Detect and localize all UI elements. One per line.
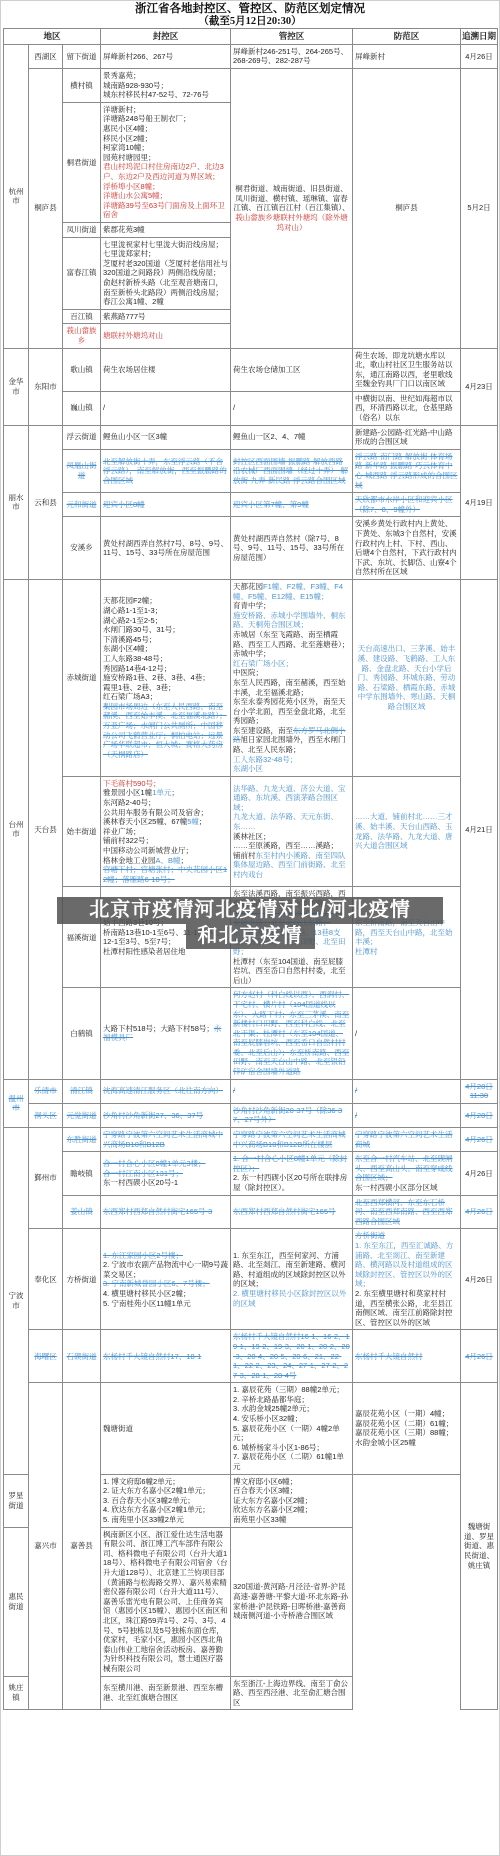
table-cell: 4月26日 [461, 44, 498, 68]
page-subtitle: （截至5月12日20:30） [0, 16, 500, 28]
table-cell: 1. 东至东江，西至何家河、方浦路、北至剡江、南至新建路、横河路、村道组成的区域… [231, 1229, 353, 1330]
cell-text: 天都花园F2幢； 湖心路1-1至1-3； 湖心路2-1至2-5； 水闸门路30号… [103, 596, 210, 701]
cell-text: 始丰街道 [67, 827, 97, 836]
table-cell: 法华路、九龙大道、济公大道、宝通路、东坑溪、西演茅路合围区域； 九龙大道、法华路… [231, 776, 353, 887]
table-cell: 西湖区 [29, 44, 63, 68]
table-row: 白鹤镇大路下村518号；大路下村58号；永福模具厂何方赵村（科白线以西）、西涧村… [4, 988, 498, 1079]
table-cell: 白鹤镇 [63, 988, 101, 1079]
cell-text: 清江镇 [70, 1086, 93, 1095]
table-cell: 4月26日 [461, 1128, 498, 1152]
table-cell: 天欣都市水岸小区和迎宾小区（除7、8、9幢外） [353, 493, 461, 517]
cell-text: 桐庐县 [34, 203, 57, 212]
cell-text: 2. 宁波市农副产品物流中心一期9号蔬菜交易区； [103, 1260, 228, 1279]
table-cell: 下毛蒋村590号； 雅景园小区1幢1单元； 东河路2-40号； 公共用车服务有限… [101, 776, 231, 887]
cell-text: 东一村西碶小区部分区域 [355, 1183, 438, 1192]
table-cell: 横村镇 [63, 69, 101, 103]
table-cell: 4月28日 [461, 1103, 498, 1127]
cell-text: 鲤鱼山小区一区3幢 [103, 432, 167, 441]
table-cell: 海曙区 [29, 1330, 63, 1383]
table-cell: 魏塘街道 [101, 1383, 231, 1474]
cell-text: 横村镇 [70, 81, 93, 90]
cell-text: 东至横川港、南至新景港、西至东槽港、北至红旗塘合围区 [103, 1683, 223, 1702]
cell-text: 官塘下村；官塘张村；中央花园小区12幢；落雁路6-18号； [103, 865, 227, 884]
table-cell: 枫南新区小区、浙江爱仕达生活电器有限公司、浙江博工汽车部件有限公司、格科微电子有… [101, 1527, 231, 1676]
cell-text: 梨园市场周边（东至人民西路、南至赭溪、西至始丰溪、北至福溪北路）；万亚广场；水闸… [103, 702, 227, 759]
table-cell: 凤川街道 [63, 222, 101, 237]
cell-text: 东一村西碶小区20号-1 [103, 1178, 178, 1187]
cell-text: 沙角村沙角新街27、36、37号 [103, 1111, 203, 1120]
cell-text: 黄处村湖西弄自然村（除7号、8号、9号、11号、15号、33号所在房屋范围） [233, 534, 344, 562]
table-cell: 东杨村千大镜自然村 [353, 1330, 461, 1383]
cell-text: 天都花园 [233, 582, 263, 591]
table-cell: 迎宾小区8幢 [101, 493, 231, 517]
cell-text: 下毛蒋村590号； [103, 779, 161, 788]
cell-text: 何方赵村（科白线以西）、西涧村、下宅村、横片村（104国道线以东）、大路下村；东… [233, 990, 349, 1076]
table-cell: 百江镇 [63, 309, 101, 324]
table-cell: 桐君街道、城南街道、旧县街道、凤川街道、横村镇、瑶琳镇、富春江镇、百江镇百江村（… [231, 69, 353, 348]
table-cell: 金华市 [4, 348, 29, 425]
cell-text: 浮云街道 [67, 432, 97, 441]
table-cell: 320国道-黄河路-月泾泾-省界-沪昆高速-嘉善塘-平黎大道-环北东路-孙家桥港… [231, 1527, 353, 1676]
cell-text: 育青中学； [233, 601, 271, 610]
cell-text: 屏峰新村 [355, 52, 385, 61]
table-row: 元和街道迎宾小区8幢迎宾小区第7幢、第9幢天欣都市水岸小区和迎宾小区（除7、8、… [4, 493, 498, 517]
cell-text: 安溪乡 [70, 543, 93, 552]
cell-text: 4月26日 [465, 1207, 493, 1216]
cell-text: 迎宾小区第7幢、第9幢 [233, 500, 309, 509]
cell-text: 天台高速出口、三茅溪、始丰溪、建设路、飞鹤路、工人东路、金盘北路、天台小学后门、… [358, 644, 456, 711]
cell-text: / [233, 403, 235, 412]
table-cell: 浮云路-南门路-解放街-体育场路-新华路-振鹏路-巧云体育中心-城西路-浮云路形… [353, 449, 461, 492]
cell-text: 4月26日 [465, 1352, 493, 1361]
table-cell: 罗星街道 [4, 1474, 29, 1527]
table-row: 丽水市云和县浮云街道鲤鱼山小区一区3幢鲤鱼山一区2、4、7幢新建路-公园路-红光… [4, 425, 498, 449]
table-cell: 沙角村沙角新街27、36、37号 [101, 1103, 231, 1127]
cell-text: 施安桥路、赤城小学围墙外、桐东路、天桐苑合围区域； [233, 611, 346, 630]
column-header: 地区 [4, 29, 101, 45]
cell-text: 石碶街道 [67, 1352, 97, 1361]
table-cell: 七里泷祝家村七里泷大街沿线房屋； 七里泷郑家村； 芝厦村老320国道（芝厦村老信… [101, 237, 231, 309]
table-cell: 何方赵村（科白线以西）、西涧村、下宅村、横片村（104国道线以东）、大路下村；东… [231, 988, 353, 1079]
cell-text: 鲤鱼山一区2、4、7幢 [233, 432, 306, 441]
table-cell: 东阳市 [29, 348, 63, 425]
table-cell: ……大道、铺前村北……三才溪、始丰溪、天台山西路、玉龙路、法华路、九龙大道、唐兴… [353, 776, 461, 887]
table-cell: 中横街以南、世纪如海超市以西，环清西路以北，仓基里路（俗名）以东 [353, 391, 461, 425]
cell-text: 4月26日 [465, 1169, 493, 1178]
table-cell: 天都花园F2幢； 湖心路1-1至1-3； 湖心路2-1至2-5； 水闸门路30号… [101, 579, 231, 776]
cell-text: 西湖区 [34, 52, 57, 61]
table-cell: 杭州市 [4, 44, 29, 348]
table-cell: 姜山镇 [63, 1195, 101, 1229]
page-title: 浙江省各地封控区、管控区、防范区划定情况 [0, 3, 500, 16]
cell-text: 凤川街道 [67, 225, 97, 234]
table-cell: 天台高速出口、三茅溪、始丰溪、建设路、飞鹤路、工人东路、金盘北路、天台小学后门、… [353, 579, 461, 776]
cell-text: / [103, 403, 105, 412]
cell-text: / [355, 1086, 357, 1095]
table-cell: 巍山镇 [63, 391, 101, 425]
cell-text: 罗星街道 [9, 1491, 24, 1510]
cell-text: 魏塘街道、罗星街道、惠民街道、姚庄镇 [464, 1522, 494, 1569]
cell-text: 4月28日 11:30 [465, 1082, 493, 1101]
table-cell: 洋塘新村； 洋塘路248号船王制衣厂； 惠民小区4幢； 移民小区2幢； 柯家湾1… [101, 102, 231, 222]
cell-text: 黄处村湖西弄自然村7号、8号、9号、11号、15号、33号所在房屋范围 [103, 539, 228, 558]
table-row: 始丰街道下毛蒋村590号； 雅景园小区1幢1单元； 东河路2-40号； 公共用车… [4, 776, 498, 887]
column-header: 封控区 [101, 29, 231, 45]
table-cell: 景秀嘉苑； 城南路928-930号； 城东村移民村47-52号、72-76号 [101, 69, 231, 103]
cell-text: / [233, 1086, 235, 1095]
overlay-banner: 北京市疫情河北疫情对比/河北疫情 和北京疫情 [0, 897, 500, 949]
cell-text: 洞头区 [34, 1111, 57, 1120]
cell-text: 云和县 [34, 498, 57, 507]
cell-text: 荷生农场仓储加工区 [233, 365, 301, 374]
table-cell: 始丰街道 [63, 776, 101, 887]
table-cell: 东西郑村西郑自然村街宅165号-3 [101, 1195, 231, 1229]
cell-text: 天台县 [34, 825, 57, 834]
cell-text: 鄞州市 [34, 1173, 57, 1182]
cell-text: 嘉辰花苑小区（一期）4幢； 嘉辰花苑小区（二期）61幢； 嘉辰花苑小区（三期）8… [355, 1409, 453, 1447]
cell-text: 宁穿路宁波第六空间艺术生活商城中兴商场B10和B12B [103, 1130, 223, 1149]
cell-text: 东阳市 [34, 382, 57, 391]
cell-text: 1. 东江家园小区2号楼； [103, 1251, 183, 1260]
table-cell: 4月26日 [461, 1330, 498, 1383]
cell-text: ； [181, 856, 189, 865]
table-cell: 封控区西面围墙-振鹏路-解放西路沿农械厂西面围墙（经过十弄）-解放街-九弄-新民… [231, 449, 353, 492]
cell-text: 巍山镇 [70, 403, 93, 412]
cell-text: 杭州市 [9, 187, 24, 206]
cell-text: 君山村坞泥口村住房南边2户、北边3户、东边2户及西边河道为界区域； 浮桥埠小区8… [103, 162, 225, 219]
cell-text: 姚庄镇 [9, 1683, 24, 1702]
table-cell: 凤凰山街道 [63, 449, 101, 492]
cell-text: 丽水市 [9, 493, 24, 512]
table-cell: 歌山镇 [63, 348, 101, 391]
column-header: 防范区 [353, 29, 461, 45]
table-cell: 紫郡花苑3幢 [101, 222, 231, 237]
cell-text: 工人东路32-48号； 东湖小区 [233, 755, 297, 774]
table-cell: 东西郑村西郑自然村街宅165号 [231, 1195, 353, 1229]
table-cell: 姚庄镇 [4, 1676, 29, 1710]
cell-text: 凤凰山街道 [67, 461, 97, 480]
cell-text: 5幢 [187, 817, 199, 826]
table-row: 姜山镇东西郑村西郑自然村街宅165号-3东西郑村西郑自然村街宅165号北至西郑横… [4, 1195, 498, 1229]
table-cell: 新建路-公园路-红光路-中山路形成的合围区域 [353, 425, 461, 449]
table-cell: 东至浙江-上海边界线、南至丁俞公路、西至西泾港、北至俞汇塘合围区 [231, 1676, 353, 1710]
page-title-block: 浙江省各地封控区、管控区、防范区划定情况 （截至5月12日20:30） [0, 3, 500, 28]
table-cell: 富春江镇 [63, 237, 101, 309]
table-cell: / [231, 1079, 353, 1103]
table-cell: 荷生农场居住楼 [101, 348, 231, 391]
table-cell: 清江镇 [63, 1079, 101, 1103]
table-cell: / [231, 391, 353, 425]
cell-text: 红石梁广场小区； [233, 659, 293, 668]
cell-text: 新建路-公园路-红光路-中山路形成的合围区域 [355, 428, 453, 447]
table-row: 凤凰山街道北至解放街十弄，东至浮云路（不含浮云路），南至解放街，西至振鹏路的合围… [4, 449, 498, 492]
cell-text: 魏塘街道 [103, 1424, 133, 1433]
table-cell: 元和街道 [63, 493, 101, 517]
table-cell: 黄处村湖西弄自然村7号、8号、9号、11号、15号、33号所在房屋范围 [101, 517, 231, 580]
cell-text: 1. 博文府邸6幢2单元； 2. 证大东方名嘉小区2幢1单元； 3. 百合春天小… [103, 1477, 210, 1524]
table-cell: 东至横川港、南至新景港、西至东槽港、北至红旗塘合围区 [101, 1676, 231, 1710]
table-cell: 安溪乡 [63, 517, 101, 580]
table-cell: 奉化区 [29, 1229, 63, 1330]
cell-text: 景秀嘉苑； 城南路928-930号； 城东村移民村47-52号、72-76号 [103, 71, 209, 99]
cell-text: 1. 嘉辰花苑（三期）88幢2单元； 2. 辛桥北路晶都华庭； 3. 水韵金城2… [233, 1385, 344, 1471]
table-cell: 方桥街道 [63, 1229, 101, 1330]
cell-text: 1单元 [152, 788, 171, 797]
table-cell: 沈海高速清江服务区（北往南方向） [101, 1079, 231, 1103]
cell-text: 4月23日 [465, 382, 493, 391]
table-cell: 莪山畲族乡 [63, 324, 101, 348]
cell-text: 台州市 [9, 820, 24, 839]
cell-text: 4月26日 [465, 1135, 493, 1144]
table-cell: 安溪乡黄处行政村内上黄处、下黄处、东城3个自然村，安溪行政村内上村、下村、西山、… [353, 517, 461, 580]
table-row: 海曙区石碶街道东杨村千大镜自然村17、18-1东杨村千大镜自然村16-1、16-… [4, 1330, 498, 1383]
table-cell: 台州市 [4, 579, 29, 1079]
table-cell: 鲤鱼山小区一区3幢 [101, 425, 231, 449]
table-cell: 宁穿路宁波第六空间艺术生活商城 [353, 1128, 461, 1152]
cell-text: 3. 宁南新城誉园小区6、7号楼； [103, 1279, 210, 1288]
table-cell: 丽水市 [4, 425, 29, 579]
overlay-line-1: 北京市疫情河北疫情对比/河北疫情 [57, 897, 443, 924]
table-cell: 嘉兴市 [29, 1383, 63, 1710]
cell-text: 1. 合一村合心小区8幢1单元（除封控区）； [233, 1154, 347, 1173]
cell-text: 东杨村千大镜自然村16-1、16-2、19-1、19-2、19-3、20-1、2… [233, 1332, 350, 1379]
table-cell: 宁波市 [4, 1128, 29, 1475]
cell-text: A、B幢 [156, 856, 181, 865]
cell-text: 乐清市 [34, 1086, 57, 1095]
table-cell: 云和县 [29, 425, 63, 579]
cell-text: 封控区西面围墙-振鹏路-解放西路沿农械厂西面围墙（经过十弄）-解放街-九弄-新民… [233, 457, 348, 485]
table-cell: 瞻岐镇 [63, 1152, 101, 1195]
table-header-row: 地区封控区管控区防范区追溯日期 [4, 29, 498, 45]
table-row: 桐庐县横村镇景秀嘉苑； 城南路928-930号； 城东村移民村47-52号、72… [4, 69, 498, 103]
table-cell: 鲤鱼山一区2、4、7幢 [231, 425, 353, 449]
cell-text: 屏峰新村246-251号、264-265号、268-269号、282-287号 [233, 47, 348, 66]
table-cell: 桐庐县 [353, 69, 461, 348]
cell-text: 大路下村518号；大路下村58号； [103, 1024, 214, 1033]
cell-text: 嘉兴市 [34, 1541, 57, 1550]
cell-text: 温州市 [9, 1094, 24, 1113]
cell-text: 白鹤镇 [70, 1029, 93, 1038]
cell-text: 雅景园小区1幢 [103, 788, 152, 797]
cell-text: 1. 东至东江，西至汇诚路、方浦路、北至剡江、南至新建路、横河路以及村道组成的区… [355, 1241, 453, 1288]
table-cell: 温州市 [4, 1079, 29, 1127]
column-header: 管控区 [231, 29, 353, 45]
table-cell: 紫燕路777号 [101, 309, 231, 324]
table-cell: 4月26日 [461, 1195, 498, 1229]
table-cell: 黄处村湖西弄自然村（除7号、8号、9号、11号、15号、33号所在房屋范围） [231, 517, 353, 580]
cell-text: 赤城居（东至飞霞路、南至栖霞路、西至工人西路、北至莲塘巷）； 赤城中学； [233, 630, 349, 658]
table-cell: 桐君街道 [63, 102, 101, 222]
cell-text: 320国道-黄河路-月泾泾-省界-沪昆高速-嘉善塘-平黎大道-环北东路-孙家桥港… [233, 1582, 348, 1620]
table-row: 奉化区方桥街道1. 东江家园小区2号楼； 2. 宁波市农副产品物流中心一期9号蔬… [4, 1229, 498, 1330]
cell-text: 姜山镇 [70, 1207, 93, 1216]
cell-text: 4月19日 [465, 498, 493, 507]
cell-text: 富春江镇 [67, 268, 97, 277]
table-container: 地区封控区管控区防范区追溯日期杭州市西湖区留下街道屏峰新村266、267号屏峰新… [3, 28, 497, 1710]
table-cell: 4月21日 [461, 579, 498, 1079]
table-cell: 大路下村518号；大路下村58号；永福模具厂 [101, 988, 231, 1079]
cell-text: 瞻岐镇 [70, 1169, 93, 1178]
cell-text: 紫燕路777号 [103, 312, 146, 321]
table-cell: 1. 嘉辰花苑（三期）88幢2单元； 2. 辛桥北路晶都华庭； 3. 水韵金城2… [231, 1383, 353, 1474]
cell-text: 洋塘新村； 洋塘路248号船王制衣厂； 惠民小区4幢； 移民小区2幢； 柯家湾1… [103, 105, 191, 162]
cell-text: 金华市 [9, 377, 24, 396]
cell-text: 七里泷祝家村七里泷大街沿线房屋； 七里泷郑家村； 芝厦村老320国道（芝厦村老信… [103, 240, 228, 307]
lockdown-table: 地区封控区管控区防范区追溯日期杭州市西湖区留下街道屏峰新村266、267号屏峰新… [3, 28, 498, 1710]
cell-text: 东西郑村西郑自然村街宅165号-3 [103, 1207, 212, 1216]
table-cell: 宁穿路宁波第六空间艺术生活商城中兴商场B10和B12B [101, 1128, 231, 1152]
cell-text: / [355, 1029, 357, 1038]
cell-text: 安溪乡黄处行政村内上黄处、下黄处、东城3个自然村，安溪行政村内上村、下村、西山、… [355, 519, 457, 576]
cell-text: 桐庐县 [395, 203, 418, 212]
cell-text: 天欣都市水岸小区和迎宾小区（除7、8、9幢外） [355, 495, 453, 514]
cell-text: 东胜街道 [67, 1135, 97, 1144]
table-cell: 东胜街道 [63, 1128, 101, 1152]
cell-text: 莪山畲族乡 [67, 326, 97, 345]
table-cell: 嘉善县 [63, 1383, 101, 1710]
table-cell: 桐庐县 [29, 69, 63, 348]
cell-text: 元和街道 [67, 500, 97, 509]
table-cell: 乐清市 [29, 1079, 63, 1103]
table-cell: 宁穿路宁波第六空间艺术生活商城中兴商场B10和B12B所在楼层 [231, 1128, 353, 1152]
cell-text: 4月26日 [465, 52, 493, 61]
table-cell: 4月19日 [461, 425, 498, 579]
cell-text: 浮云路-南门路-解放街-体育场路-新华路-振鹏路-巧云体育中心-城西路-浮云路形… [355, 452, 458, 490]
table-cell: / [353, 1103, 461, 1127]
cell-text: 屏峰新村266、267号 [103, 52, 173, 61]
table-cell: 屏峰新村 [353, 44, 461, 68]
cell-text: 东至合一村汽车站、北至碶闸头、西至高山头、南至穿咸线合围区域； [355, 1154, 453, 1182]
cell-text: 北至解放街十弄，东至浮云路（不含浮云路），南至解放街，西至振鹏路的合围区域 [103, 457, 227, 485]
table-row: 安溪乡黄处村湖西弄自然村7号、8号、9号、11号、15号、33号所在房屋范围黄处… [4, 517, 498, 580]
table-cell: 魏塘街道、罗星街道、惠民街道、姚庄镇 [461, 1383, 498, 1710]
table-cell: 留下街道 [63, 44, 101, 68]
cell-text: 赤城街道 [67, 673, 97, 682]
table-cell: 4月23日 [461, 348, 498, 425]
cell-text: 惠民街道 [9, 1592, 24, 1611]
table-cell: 荷生农场仓储加工区 [231, 348, 353, 391]
table-cell: 元觉街道 [63, 1103, 101, 1127]
table-cell: 石碶街道 [63, 1330, 101, 1383]
cell-text: 北至西郑横河、东至东石桥河、南至西郑南路、西至西郑西路合围区域 [355, 1198, 453, 1226]
cell-text: 歌山镇 [70, 365, 93, 374]
table-cell: 荷生农场、即龙坑塘水库以北，歌山村社区卫生服务站以东，通江南路以西，老里歌线至魏… [353, 348, 461, 391]
cell-text: 海曙区 [34, 1352, 57, 1361]
table-cell: 迎宾小区第7幢、第9幢 [231, 493, 353, 517]
cell-text: 沈海高速清江服务区（北往南方向） [103, 1086, 223, 1095]
cell-text: 1. 东至东江，西至何家河、方浦路、北至剡江、南至新建路、横河路、村道组成的区域… [233, 1251, 346, 1289]
cell-text: 5月2日 [467, 203, 490, 212]
cell-text: 中横街以南、世纪如海超市以西，环清西路以北，仓基里路（俗名）以东 [355, 394, 453, 422]
cell-text: 4月28日 [465, 1111, 493, 1120]
table-cell: 5月2日 [461, 69, 498, 348]
table-cell: 北至解放街十弄，东至浮云路（不含浮云路），南至解放街，西至振鹏路的合围区域 [101, 449, 231, 492]
table-cell: 屏峰新村266、267号 [101, 44, 231, 68]
table-cell: 4月28日 11:30 [461, 1079, 498, 1103]
cell-text: 合一村合心小区8幢1单元3楼； 合一村江南小区131号； [103, 1159, 206, 1178]
table-cell: 沙角村沙角新街20-37号（除36-37、27号外） [231, 1103, 353, 1127]
cell-text: 留下街道 [67, 52, 97, 61]
cell-text: ……大道、铺前村北……三才溪、始丰溪、天台山西路、玉龙路、法华路、九龙大道、唐兴… [355, 812, 453, 850]
table-cell: 塘联村外塘坞对山 [101, 324, 231, 348]
column-header: 追溯日期 [461, 29, 498, 45]
table-cell: / [353, 1079, 461, 1103]
cell-text: / [355, 1111, 357, 1120]
table-cell: 东杨村千大镜自然村16-1、16-2、19-1、19-2、19-3、20-1、2… [231, 1330, 353, 1383]
cell-text: 2. 东一村西碶小区20号所在联排房屋（除封控区）。 [233, 1173, 347, 1192]
cell-text: 嘉善县 [70, 1541, 93, 1550]
table-cell: 北至西郑横河、东至东石桥河、南至西郑南路、西至西郑西路合围区域 [353, 1195, 461, 1229]
cell-text: 博文府邸小区6幢； 百合春天小区3幢； 证大东方名嘉小区2幢； 欣达东方名嘉小区… [233, 1477, 312, 1524]
table-cell: 1. 博文府邸6幢2单元； 2. 证大东方名嘉小区2幢1单元； 3. 百合春天小… [101, 1474, 231, 1527]
cell-text: 元觉街道 [67, 1111, 97, 1120]
cell-text: 4. 横里塘村移民小区2幢； 5. 宁南桂苑小区11幢1单元 [103, 1289, 191, 1308]
cell-text: 4月21日 [465, 825, 493, 834]
cell-text: 宁波市 [9, 1291, 24, 1310]
cell-text: 荷生农场居住楼 [103, 365, 156, 374]
cell-text: 桐君街道 [67, 158, 97, 167]
table-cell: 洞头区 [29, 1103, 63, 1127]
cell-text: 4月26日 [465, 1275, 493, 1284]
table-row: 嘉兴市嘉善县魏塘街道1. 嘉辰花苑（三期）88幢2单元； 2. 辛桥北路晶都华庭… [4, 1383, 498, 1474]
cell-text: 桐君街道、城南街道、旧县街道、凤川街道、横村镇、瑶琳镇、富春江镇、百江镇百江村（… [233, 184, 349, 212]
table-row: 巍山镇//中横街以南、世纪如海超市以西，环清西路以北，仓基里路（俗名）以东 [4, 391, 498, 425]
cell-text: 东至浙江-上海边界线、南至丁俞公路、西至西泾港、北至俞汇塘合围区 [233, 1679, 348, 1707]
table-cell: 天都花园F1幢、F2幢、F3幢、F4幢、F5幢、E12幢、E15幢； 育青中学；… [231, 579, 353, 776]
table-row: 温州市乐清市清江镇沈海高速清江服务区（北往南方向）//4月28日 11:30 [4, 1079, 498, 1103]
table-cell: 惠民街道 [4, 1527, 29, 1676]
cell-text: 莪山畲族乡塘联村外塘坞（除外塘坞对山） [235, 213, 348, 232]
table-cell: 东至合一村汽车站、北至碶闸头、西至高山头、南至穿咸线合围区域； 东一村西碶小区部… [353, 1152, 461, 1195]
table-cell: 1. 合一村合心小区8幢1单元（除封控区）； 2. 东一村西碶小区20号所在联排… [231, 1152, 353, 1195]
table-row: 金华市东阳市歌山镇荷生农场居住楼荷生农场仓储加工区荷生农场、即龙坑塘水库以北，歌… [4, 348, 498, 391]
cell-text: 宁穿路宁波第六空间艺术生活商城 [355, 1130, 453, 1149]
table-row: 杭州市西湖区留下街道屏峰新村266、267号屏峰新村246-251号、264-2… [4, 44, 498, 68]
cell-text: 方桥街道 [355, 1231, 385, 1240]
table-row: 洞头区元觉街道沙角村沙角新街27、36、37号沙角村沙角新街20-37号（除36… [4, 1103, 498, 1127]
table-cell: 天台县 [29, 579, 63, 1079]
cell-text: 枫南新区小区、浙江爱仕达生活电器有限公司、浙江博工汽车部件有限公司、格科微电子有… [103, 1530, 228, 1673]
cell-text: 百江镇 [70, 312, 93, 321]
cell-text: 荷生农场、即龙坑塘水库以北，歌山村社区卫生服务站以东，通江南路以西，老里歌线至魏… [355, 351, 453, 389]
cell-text: 迎宾小区8幢 [103, 500, 145, 509]
cell-text: 塘联村外塘坞对山 [103, 331, 163, 340]
cell-text: 杜潭村（东至104国道、南至屁膝岩坑、西至岙口自然村村委，北至后山） [233, 957, 346, 985]
table-cell: 方桥街道 1. 东至东江，西至汇诚路、方浦路、北至剡江、南至新建路、横河路以及村… [353, 1229, 461, 1330]
cell-text: 旭日家园北围墙外，西至水闸门路、北至人民东路； [233, 735, 346, 754]
cell-text: 2. 东至横里塘村和莫家村村道，西至横张公路，北至县江南侧区域、南至江前路除封控… [355, 1289, 453, 1327]
table-cell: 1. 东江家园小区2号楼； 2. 宁波市农副产品物流中心一期9号蔬菜交易区； 3… [101, 1229, 231, 1330]
cell-text: 方桥街道 [67, 1275, 97, 1284]
table-cell: 屏峰新村246-251号、264-265号、268-269号、282-287号 [231, 44, 353, 68]
table-cell: 4月26日 [461, 1152, 498, 1195]
table-cell: 浮云街道 [63, 425, 101, 449]
cell-text: 奉化区 [34, 1275, 57, 1284]
table-cell: 鄞州市 [29, 1128, 63, 1229]
cell-text: 紫郡花苑3幢 [103, 225, 145, 234]
cell-text: 沙角村沙角新街20-37号（除36-37、27号外） [233, 1106, 342, 1125]
table-row: 瞻岐镇合一村合心小区8幢1单元3楼； 合一村江南小区131号； 东一村西碶小区2… [4, 1152, 498, 1195]
cell-text: 东杨村千大镜自然村 [355, 1352, 423, 1361]
cell-text: 2. 横里塘村移民小区除封控区以外的区域 [233, 1289, 346, 1308]
table-cell: / [353, 988, 461, 1079]
table-cell: 合一村合心小区8幢1单元3楼； 合一村江南小区131号； 东一村西碶小区20号-… [101, 1152, 231, 1195]
cell-text: 东杨村千大镜自然村17、18-1 [103, 1352, 201, 1361]
cell-text: 法华路、九龙大道、济公大道、宝通路、东坑溪、西演茅路合围区域； 九龙大道、法华路… [233, 784, 346, 831]
table-row: 台州市天台县赤城街道天都花园F2幢； 湖心路1-1至1-3； 湖心路2-1至2-… [4, 579, 498, 776]
overlay-line-2: 和北京疫情 [186, 924, 315, 949]
table-row: 宁波市鄞州市东胜街道宁穿路宁波第六空间艺术生活商城中兴商场B10和B12B宁穿路… [4, 1128, 498, 1152]
